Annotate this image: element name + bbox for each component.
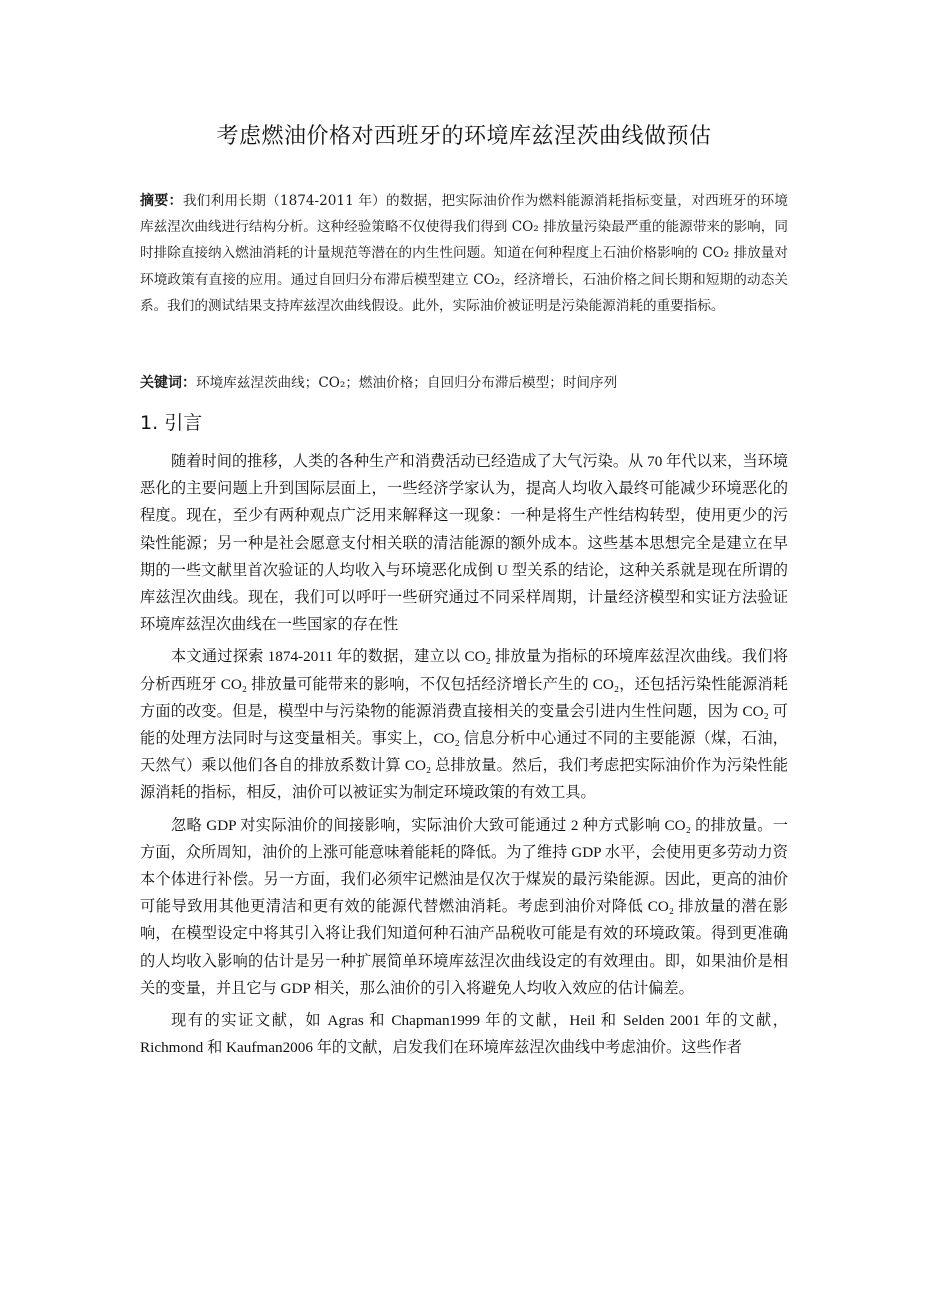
section-title: 引言 <box>164 412 202 434</box>
paragraph: 现有的实证文献，如 Agras 和 Chapman1999 年的文献，Heil … <box>140 1007 788 1061</box>
paragraph: 忽略 GDP 对实际油价的间接影响，实际油价大致可能通过 2 种方式影响 CO₂… <box>140 812 788 1002</box>
abstract-text: 我们利用长期（1874-2011 年）的数据，把实际油价作为燃料能源消耗指标变量… <box>140 193 788 314</box>
abstract: 摘要：我们利用长期（1874-2011 年）的数据，把实际油价作为燃料能源消耗指… <box>140 188 788 319</box>
abstract-label: 摘要： <box>140 193 183 209</box>
section-heading-introduction: 1. 引言 <box>140 408 202 438</box>
keywords-label: 关键词： <box>140 375 196 391</box>
section-number: 1. <box>140 412 158 434</box>
body-text: 随着时间的推移，人类的各种生产和消费活动已经造成了大气污染。从 70 年代以来，… <box>140 448 788 1066</box>
paper-title: 考虑燃油价格对西班牙的环境库兹涅茨曲线做预估 <box>140 122 788 152</box>
paragraph: 本文通过探索 1874-2011 年的数据，建立以 CO₂ 排放量为指标的环境库… <box>140 643 788 806</box>
keywords: 关键词：环境库兹涅茨曲线；CO₂；燃油价格；自回归分布滞后模型；时间序列 <box>140 370 788 396</box>
paragraph: 随着时间的推移，人类的各种生产和消费活动已经造成了大气污染。从 70 年代以来，… <box>140 448 788 638</box>
keywords-text: 环境库兹涅茨曲线；CO₂；燃油价格；自回归分布滞后模型；时间序列 <box>196 375 617 391</box>
